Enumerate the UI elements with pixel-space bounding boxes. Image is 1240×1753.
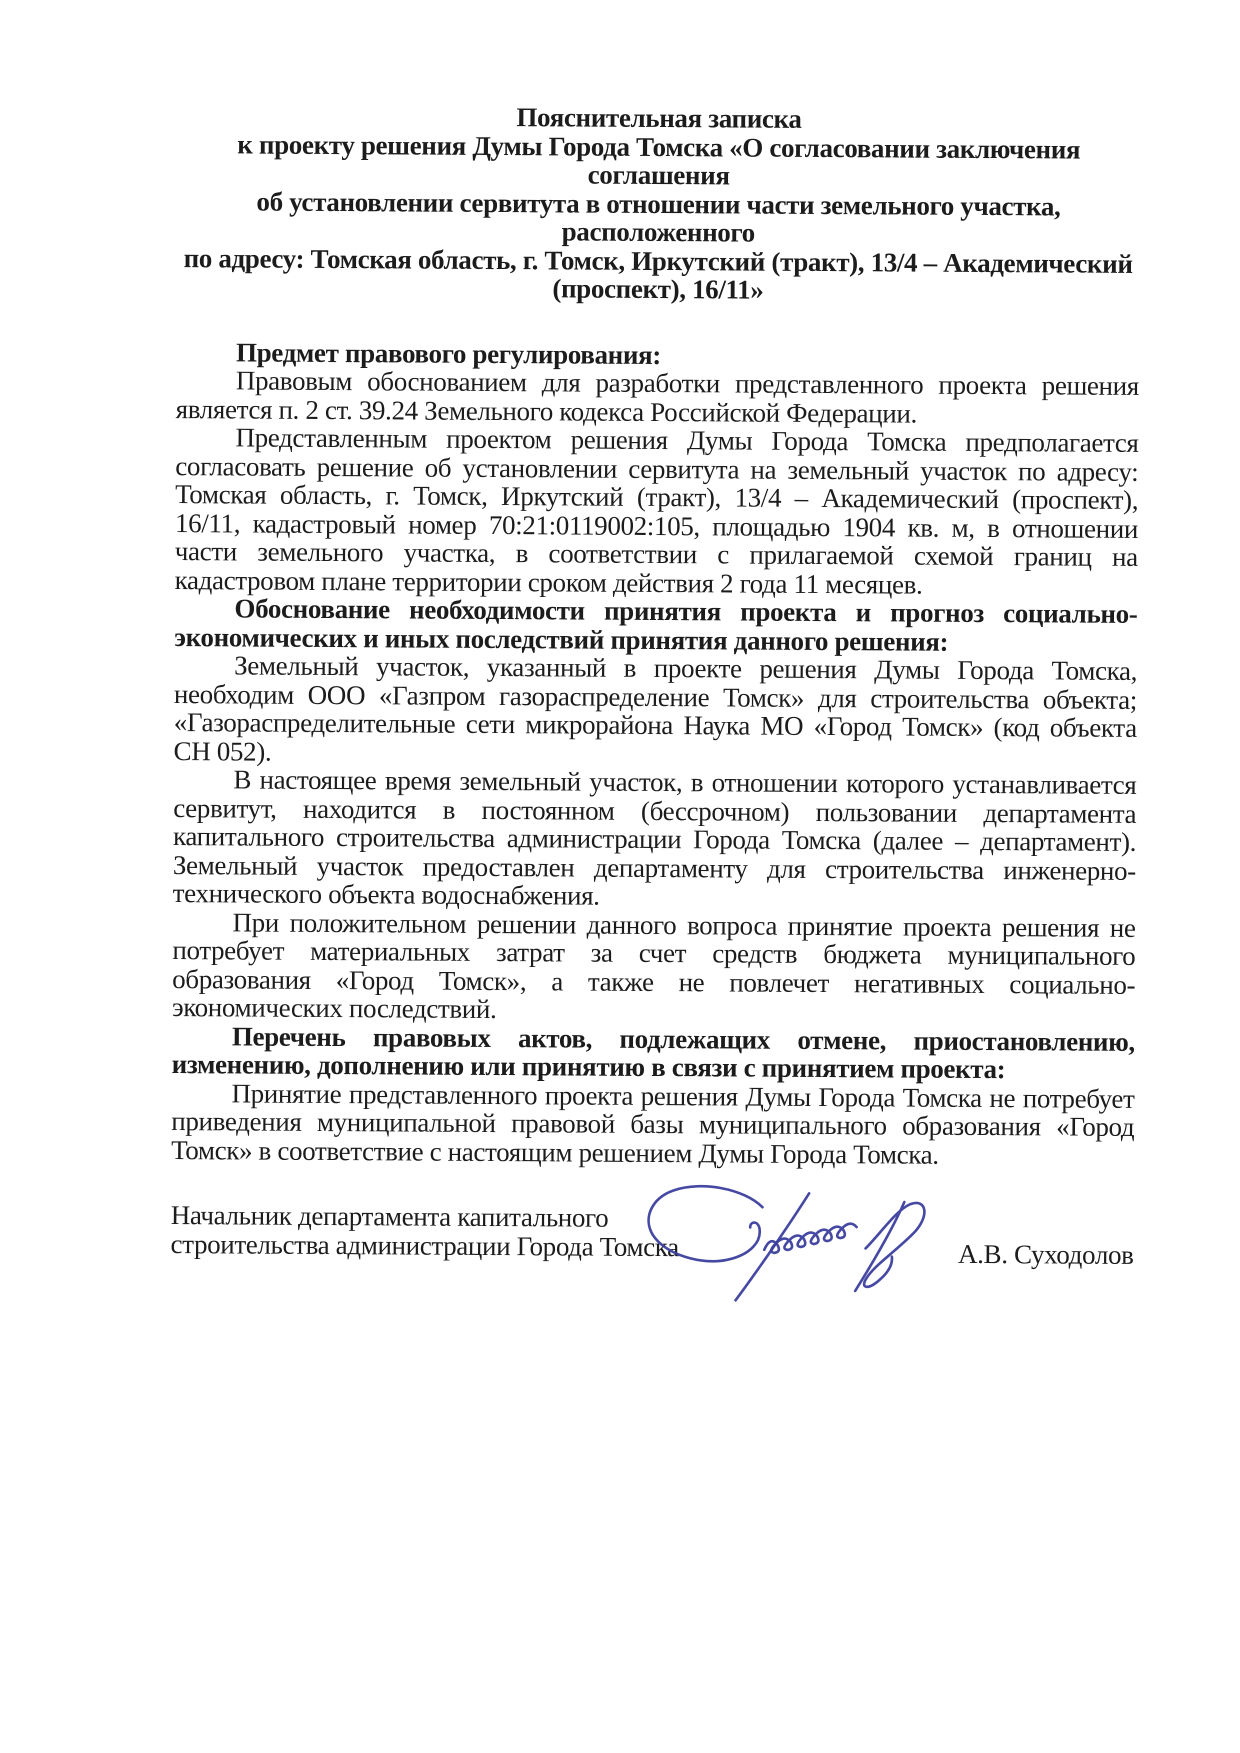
document-page: Пояснительная записка к проекту решения … — [0, 0, 1240, 1753]
paragraph-budget-impact: При положительном решении данного вопрос… — [172, 908, 1136, 1028]
signatory-position-line: Начальник департамента капитального — [171, 1201, 679, 1233]
paragraph-legal-basis: Правовым обоснованием для разработки пре… — [176, 366, 1139, 429]
document-title: Пояснительная записка к проекту решения … — [176, 101, 1140, 306]
title-line: к проекту решения Думы Города Томска «О … — [177, 130, 1140, 193]
paragraph-current-use: В настоящее время земельный участок, в о… — [173, 765, 1137, 913]
signature-stroke-oval — [648, 1186, 762, 1262]
paragraph-no-changes-needed: Принятие представленного проекта решения… — [171, 1079, 1135, 1170]
section-heading-legal-acts: Перечень правовых актов, подлежащих отме… — [172, 1022, 1135, 1085]
title-line: по адресу: Томская область, г. Томск, Ир… — [177, 244, 1140, 278]
paragraph-servitude-details: Представленным проектом решения Думы Гор… — [175, 423, 1139, 600]
document-content: Пояснительная записка к проекту решения … — [171, 101, 1140, 1170]
signatory-position-line: строительства администрации Города Томск… — [171, 1230, 679, 1262]
handwritten-signature — [638, 1176, 943, 1304]
signature-stroke-flourish — [855, 1202, 924, 1292]
signatory-name: А.В. Суходолов — [958, 1239, 1134, 1269]
signature-block: Начальник департамента капитального стро… — [170, 1201, 1133, 1269]
title-line: об установлении сервитута в отношении ча… — [177, 187, 1140, 250]
signatory-position: Начальник департамента капитального стро… — [171, 1201, 680, 1261]
paragraph-gazprom-object: Земельный участок, указанный в проекте р… — [174, 651, 1138, 771]
section-heading-justification: Обоснование необходимости принятия проек… — [174, 594, 1137, 657]
